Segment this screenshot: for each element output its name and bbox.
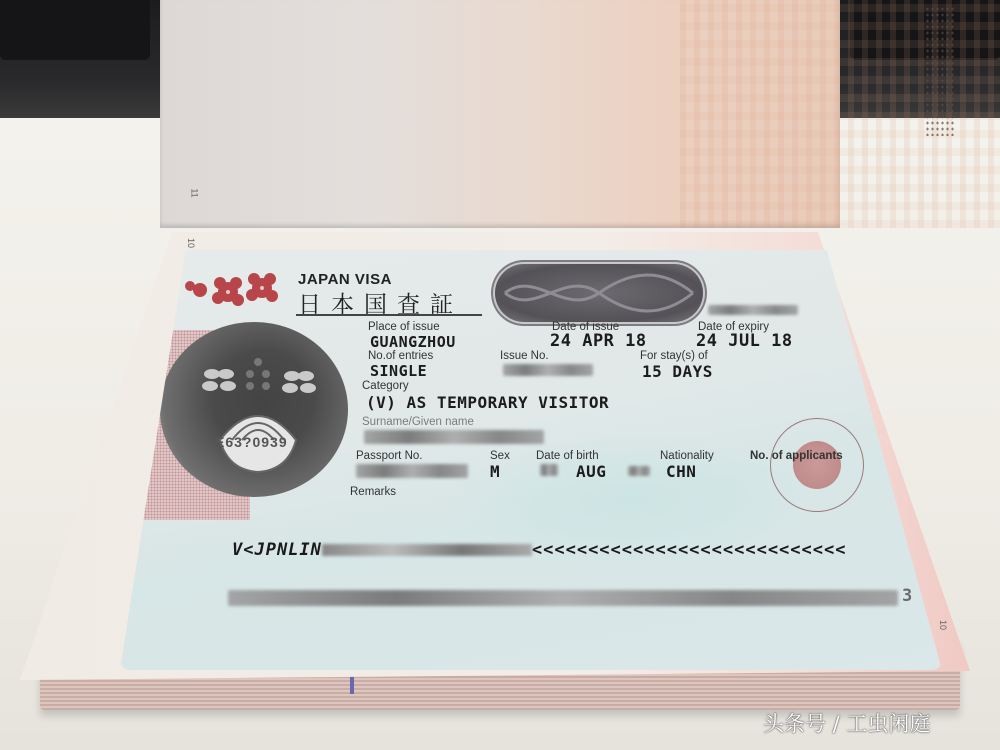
- title-underline: [296, 314, 482, 316]
- mrz-line-1-redacted: [322, 544, 532, 556]
- photo-overprint-code: E63?0939: [215, 434, 288, 450]
- lower-page-number-right: 10: [938, 620, 948, 630]
- category-label: Category: [362, 380, 409, 392]
- keyboard-key: [0, 0, 150, 60]
- ministry-seal: [770, 418, 864, 512]
- place-of-issue-label: Place of issue: [368, 321, 440, 333]
- nationality-label: Nationality: [660, 450, 714, 462]
- name-redacted: [364, 430, 544, 444]
- lower-page-number: 10: [186, 238, 196, 248]
- passport-no-label: Passport No.: [356, 450, 422, 462]
- dob-label: Date of birth: [536, 450, 599, 462]
- sex-label: Sex: [490, 450, 510, 462]
- applicants-label: No. of applicants: [750, 450, 843, 462]
- mrz-line-2-end: 3: [902, 586, 913, 606]
- visa-sticker: JAPAN VISA 日本国査証 E63?0939 Place of issue…: [120, 250, 942, 670]
- entries-label: No.of entries: [368, 350, 433, 362]
- entries-value: SINGLE: [370, 362, 427, 380]
- mrz-line-1-filler: <<<<<<<<<<<<<<<<<<<<<<<<<<<<: [532, 540, 847, 560]
- visa-number-redacted: [708, 305, 798, 315]
- dob-year-redacted: [628, 466, 650, 476]
- hologram-seal: [495, 264, 703, 322]
- mrz-line-1: V<JPNLIN<<<<<<<<<<<<<<<<<<<<<<<<<<<<: [232, 540, 846, 560]
- passport-upper-page: 11: [160, 0, 840, 228]
- remarks-label: Remarks: [350, 486, 396, 498]
- issue-no-redacted: [503, 364, 593, 376]
- perforation-number: [925, 6, 955, 136]
- paulownia-emblem-icon: [160, 322, 348, 497]
- sex-value: M: [490, 462, 500, 481]
- stay-value: 15 DAYS: [642, 362, 713, 381]
- mrz-line-2-redacted: [228, 590, 898, 606]
- upper-page-number: 11: [190, 188, 200, 197]
- mrz-line-1-start: V<JPNLIN: [232, 540, 322, 560]
- nationality-value: CHN: [666, 462, 696, 481]
- category-value: (V) AS TEMPORARY VISITOR: [366, 393, 609, 412]
- date-of-issue-value: 24 APR 18: [550, 331, 647, 351]
- source-watermark: 头条号 / 工虫闲庭: [763, 708, 930, 738]
- issue-no-label: Issue No.: [500, 350, 549, 362]
- passport-no-redacted: [356, 464, 468, 478]
- dob-month-value: AUG: [576, 462, 606, 481]
- applicant-photo-emblem: E63?0939: [160, 322, 348, 497]
- stay-label: For stay(s) of: [640, 350, 708, 362]
- name-label: Surname/Given name: [362, 416, 474, 428]
- date-of-expiry-value: 24 JUL 18: [696, 331, 793, 351]
- dob-day-redacted: [540, 464, 558, 476]
- place-of-issue-value: GUANGZHOU: [370, 333, 456, 351]
- cherry-blossom-icon: [180, 270, 290, 310]
